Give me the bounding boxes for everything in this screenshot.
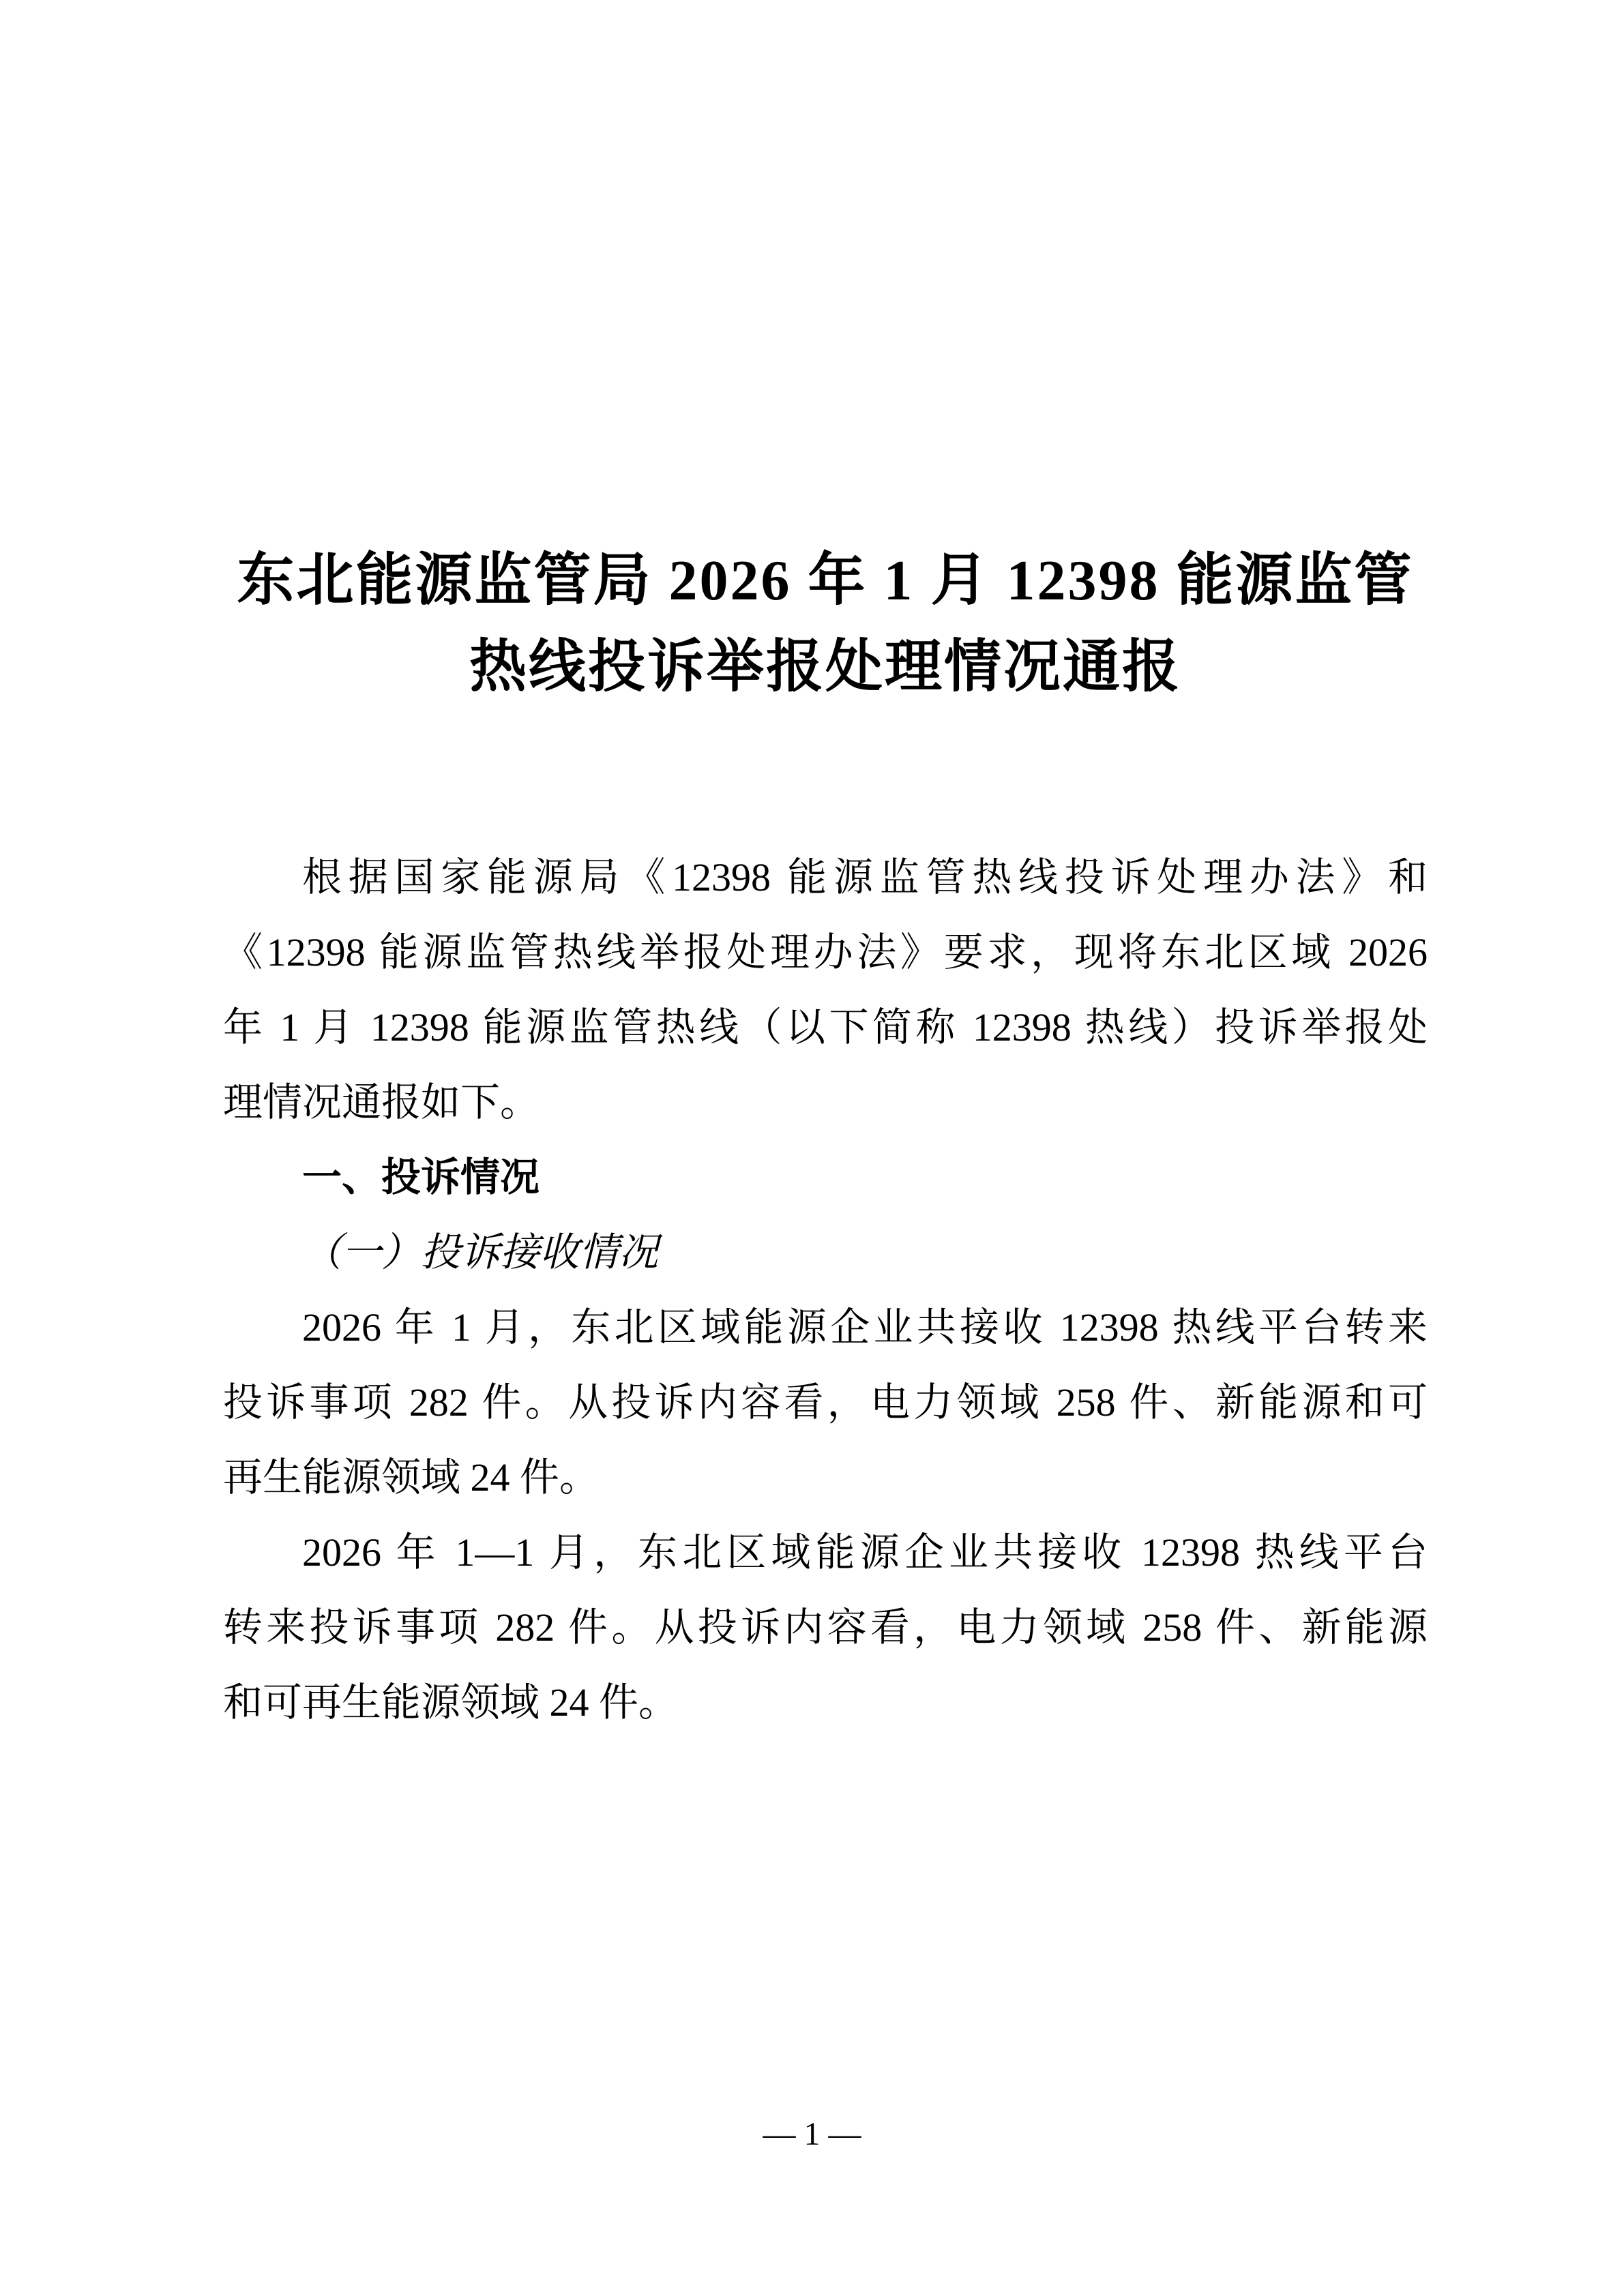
- document-body: 根据国家能源局《12398 能源监管热线投诉处理办法》和《12398 能源监管热…: [223, 840, 1428, 1740]
- document-title: 东北能源监管局 2026 年 1 月 12398 能源监管热线投诉举报处理情况通…: [223, 537, 1428, 711]
- intro-paragraph: 根据国家能源局《12398 能源监管热线投诉处理办法》和《12398 能源监管热…: [223, 840, 1428, 1140]
- document-line: 再生能源领域 24 件。: [223, 1440, 1428, 1515]
- document-line: 东北能源监管局 2026 年 1 月 12398 能源监管: [223, 537, 1428, 624]
- document-page: 东北能源监管局 2026 年 1 月 12398 能源监管热线投诉举报处理情况通…: [0, 0, 1624, 2296]
- cumulative-complaints-paragraph: 2026 年 1—1 月，东北区域能源企业共接收 12398 热线平台转来投诉事…: [223, 1515, 1428, 1740]
- document-line: 2026 年 1—1 月，东北区域能源企业共接收 12398 热线平台: [223, 1515, 1428, 1590]
- document-line: 投诉事项 282 件。从投诉内容看，电力领域 258 件、新能源和可: [223, 1365, 1428, 1440]
- document-line: 《12398 能源监管热线举报处理办法》要求，现将东北区域 2026: [223, 915, 1428, 990]
- document-line: 转来投诉事项 282 件。从投诉内容看，电力领域 258 件、新能源: [223, 1590, 1428, 1665]
- document-line: 和可再生能源领域 24 件。: [223, 1665, 1428, 1740]
- document-line: 根据国家能源局《12398 能源监管热线投诉处理办法》和: [223, 840, 1428, 915]
- subsection-heading-complaint-reception: （一）投诉接收情况: [223, 1215, 1428, 1290]
- document-line: 2026 年 1 月，东北区域能源企业共接收 12398 热线平台转来: [223, 1290, 1428, 1365]
- document-line: 年 1 月 12398 能源监管热线（以下简称 12398 热线）投诉举报处: [223, 990, 1428, 1065]
- document-line: 热线投诉举报处理情况通报: [223, 624, 1428, 711]
- page-number: — 1 —: [0, 2114, 1624, 2155]
- monthly-complaints-paragraph: 2026 年 1 月，东北区域能源企业共接收 12398 热线平台转来投诉事项 …: [223, 1290, 1428, 1515]
- document-line: 理情况通报如下。: [223, 1065, 1428, 1140]
- section-heading-complaints: 一、投诉情况: [223, 1140, 1428, 1215]
